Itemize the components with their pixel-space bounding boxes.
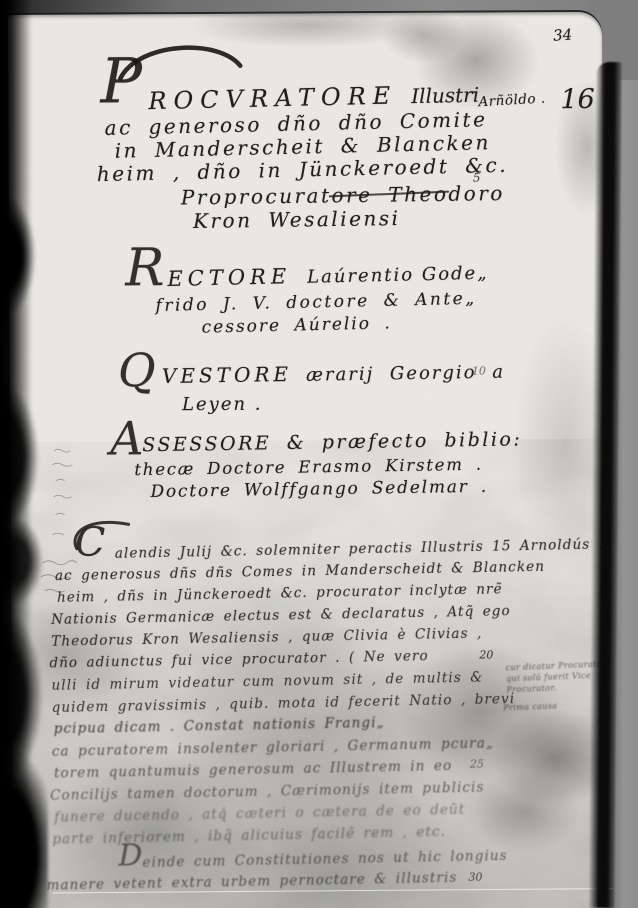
heading-line1-rest: Illustri [411,83,479,109]
questor-line1: VESTOREærarij Georgio a [162,359,505,388]
rector-initial: R [125,248,164,290]
assessor-line3: Doctore Wolffgango Sedelmar . [150,477,488,502]
questor-line1-caps: VESTORE [162,362,293,388]
body-line: pcipua dicam . Constat nationis Frangi„ [54,715,385,737]
questor-initial: Q [118,352,156,389]
proprocurator-line2: Kron Wesaliensi [193,206,401,233]
body-line: funere ducendo , atq́ cæteri o cætera de… [54,802,465,826]
rector-line1-caps: ECTORE [167,264,291,291]
initial-p-swash [108,36,268,87]
body-line: Theodorus Kron Wesaliensis , quæ Clivia … [51,626,482,650]
margin-number-16: 16 [560,84,595,115]
folio-number: 34 [552,25,572,44]
body-line: ca pcuratorem insolenter gloriari , Germ… [52,735,494,759]
questor-line2: Leyen . [182,394,263,415]
rector-line1: ECTORELaúrentio Gode„ [167,260,489,291]
line-number-20: 20 [479,648,493,661]
rector-line2: frido J. V. doctore & Ante„ [155,289,476,316]
body-line: ulli id mirum videatur cum novum sit , d… [51,670,483,694]
deinde-initial: D [118,844,142,868]
body-line: Nationis Germanicæ electus est & declara… [51,603,511,628]
body-line: parte inferiorem , ibq̃ alicuius facilẽ … [52,824,446,848]
margin-note-line: Prima causa [503,700,558,713]
body-line: einde cum Constitutiones nos ut hic long… [142,848,508,871]
line-number-10: 10 [472,365,486,378]
margin-note-line: Procurator. [506,682,557,695]
body-line: ac generosus dñs dñs Comes in Mandersche… [55,559,545,584]
body-line: torem quantumuis generosum ac Illustrem … [54,758,453,782]
body-line: Concilijs tamen doctorum , Cærimonijs it… [50,779,485,803]
rector-line3: cessore Aúrelio . [201,313,392,337]
body-line: dño adiunctus fui vice procurator . ( Ne… [49,648,429,671]
margin-name-arnoldo: Arñöldo . [478,90,546,110]
line-number-5: 5 [473,171,481,185]
manuscript-paper: 34 ^ Arñöldo . 16 P ROCVRATOREIllustri a… [8,12,607,908]
scanned-manuscript-page: 34 ^ Arñöldo . 16 P ROCVRATOREIllustri a… [0,0,638,908]
rector-line1-rest: Laúrentio Gode„ [307,263,489,288]
body-line: quidem gravissimis , quib. mota id fecer… [51,691,515,716]
line-number-30: 30 [468,871,482,884]
book-gutter-left [0,0,48,908]
assessor-line2: thecæ Doctore Erasmo Kirstem . [134,455,483,479]
body-line: heim , dñs in Jünckeroedt &c. procurator… [57,581,503,606]
line-number-25: 25 [470,758,484,771]
assessor-initial: A [110,420,143,457]
assessor-line1: SSESSORE & præfecto biblio: [142,428,522,456]
